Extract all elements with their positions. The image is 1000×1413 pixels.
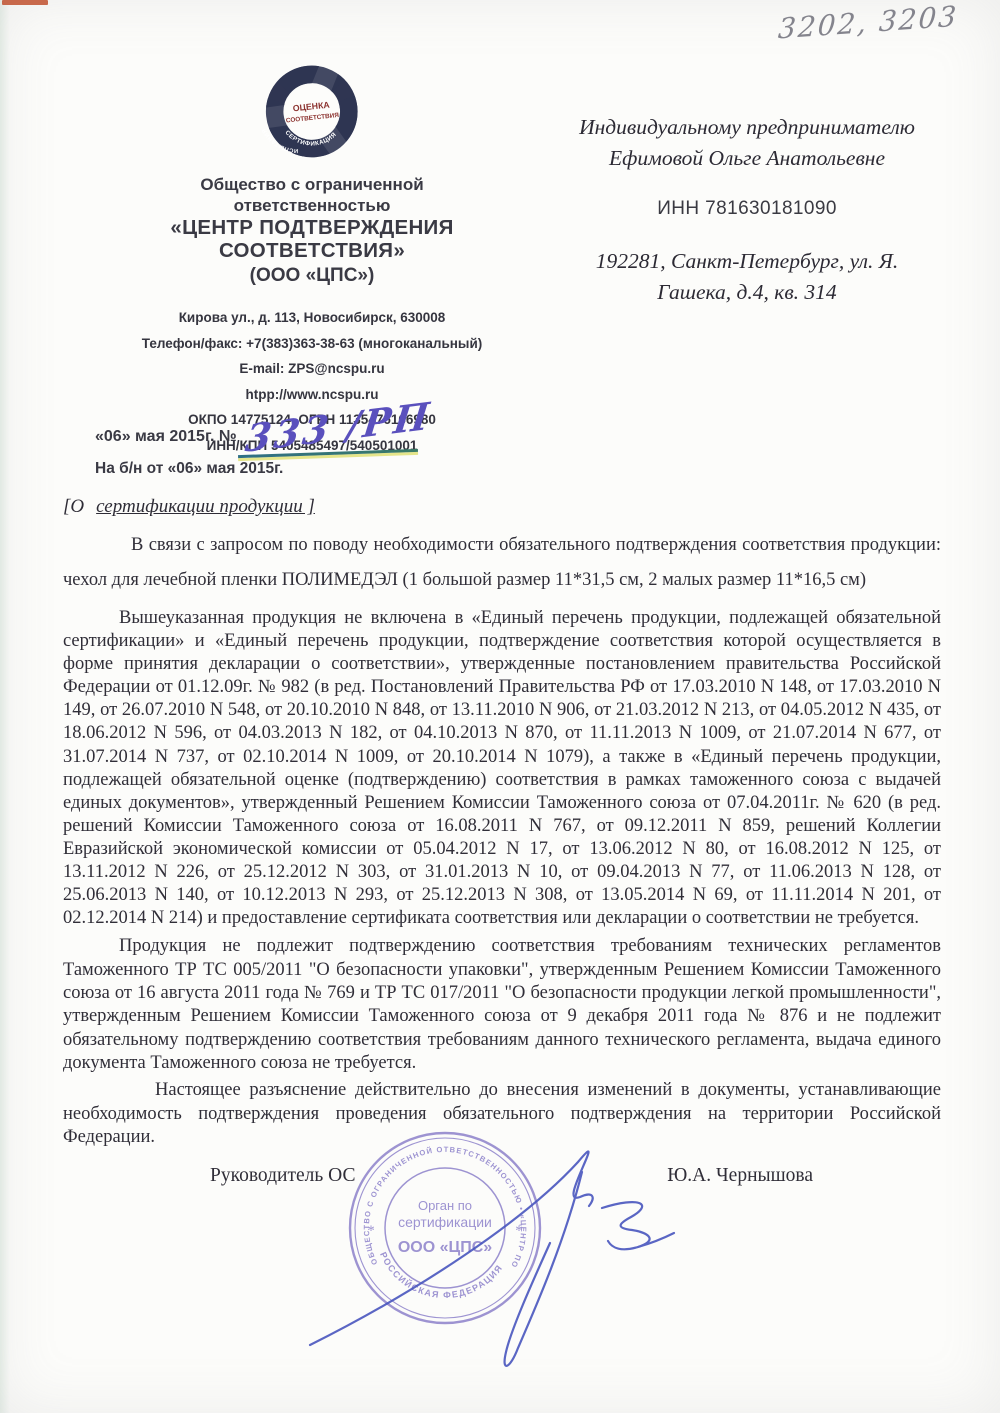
stamp-center-line1: Орган по [418, 1198, 472, 1213]
recipient-inn: ИНН 781630181090 [512, 198, 982, 220]
recipient-line2: Ефимовой Ольге Анатольевне [512, 143, 982, 174]
contact-address: Кирова ул., д. 113, Новосибирск, 630008 [92, 305, 532, 331]
org-short-name: (ООО «ЦПС») [92, 265, 532, 287]
letterhead: СЕРТИФИКАЦИЯ ИСПЫТАНИЯ ОЦЕНКА СООТВЕТСТВ… [92, 60, 532, 458]
scanned-letter-page: 3202, 3203 [0, 0, 1000, 1413]
signer-name: Ю.А. Чернышова [667, 1165, 813, 1187]
stamp-star-right: * [515, 1223, 523, 1239]
company-logo-icon: СЕРТИФИКАЦИЯ ИСПЫТАНИЯ ОЦЕНКА СООТВЕТСТВ… [248, 54, 377, 174]
recipient-line1: Индивидуальному предпринимателю [512, 112, 982, 143]
contact-email: E-mail: ZPS@ncspu.ru [92, 356, 532, 382]
contact-website: htpp://www.ncspu.ru [92, 382, 532, 408]
scan-edge-artifact [0, 0, 10, 1413]
signer-role: Руководитель ОС [210, 1165, 355, 1187]
handwritten-page-numbers: 3202, 3203 [777, 0, 959, 45]
paragraph-certification-lists: Вышеуказанная продукция не включена в «Е… [63, 607, 941, 930]
paragraph-technical-regulations: Продукция не подлежит подтверждению соот… [63, 935, 941, 1075]
stamp-star-left: * [367, 1223, 375, 1239]
stamp-center-line2: сертификации [398, 1214, 492, 1230]
paragraph-request: В связи с запросом по поводу необходимос… [63, 528, 941, 598]
recipient-address-line2: Гашека, д.4, кв. 314 [512, 277, 982, 308]
outgoing-date-line: «06» мая 2015г. № [95, 428, 237, 446]
svg-text:РОССИЙСКАЯ ФЕДЕРАЦИЯ: РОССИЙСКАЯ ФЕДЕРАЦИЯ [378, 1250, 505, 1300]
reference-line: На б/н от «06» мая 2015г. [95, 460, 283, 478]
recipient-block: Индивидуальному предпринимателю Ефимовой… [512, 112, 982, 308]
org-type-line1: Общество с ограниченной [92, 174, 532, 195]
signature-row: Руководитель ОС Ю.А. Чернышова [63, 1165, 941, 1187]
stamp-bottom-text: РОССИЙСКАЯ ФЕДЕРАЦИЯ [378, 1250, 505, 1300]
scan-corner-mark [2, 0, 48, 5]
letter-body: [Осертификации продукции ] В связи с зап… [63, 496, 941, 1187]
paragraph-validity: Настоящее разъяснение действительно до в… [63, 1079, 941, 1150]
org-type-line2: ответственностью [92, 195, 532, 216]
stamp-center-line3: ООО «ЦПС» [398, 1239, 492, 1256]
subject-line: [Осертификации продукции ] [63, 496, 941, 518]
contact-phone: Телефон/факс: +7(383)363-38-63 (многокан… [92, 331, 532, 357]
org-name-line1: «ЦЕНТР ПОДТВЕРЖДЕНИЯ [92, 216, 532, 239]
subject-prefix: [О [63, 496, 84, 517]
subject-underlined: сертификации продукции ] [96, 496, 315, 517]
recipient-address-line1: 192281, Санкт-Петербург, ул. Я. [512, 246, 982, 277]
org-name-line2: СООТВЕТСТВИЯ» [92, 239, 532, 262]
